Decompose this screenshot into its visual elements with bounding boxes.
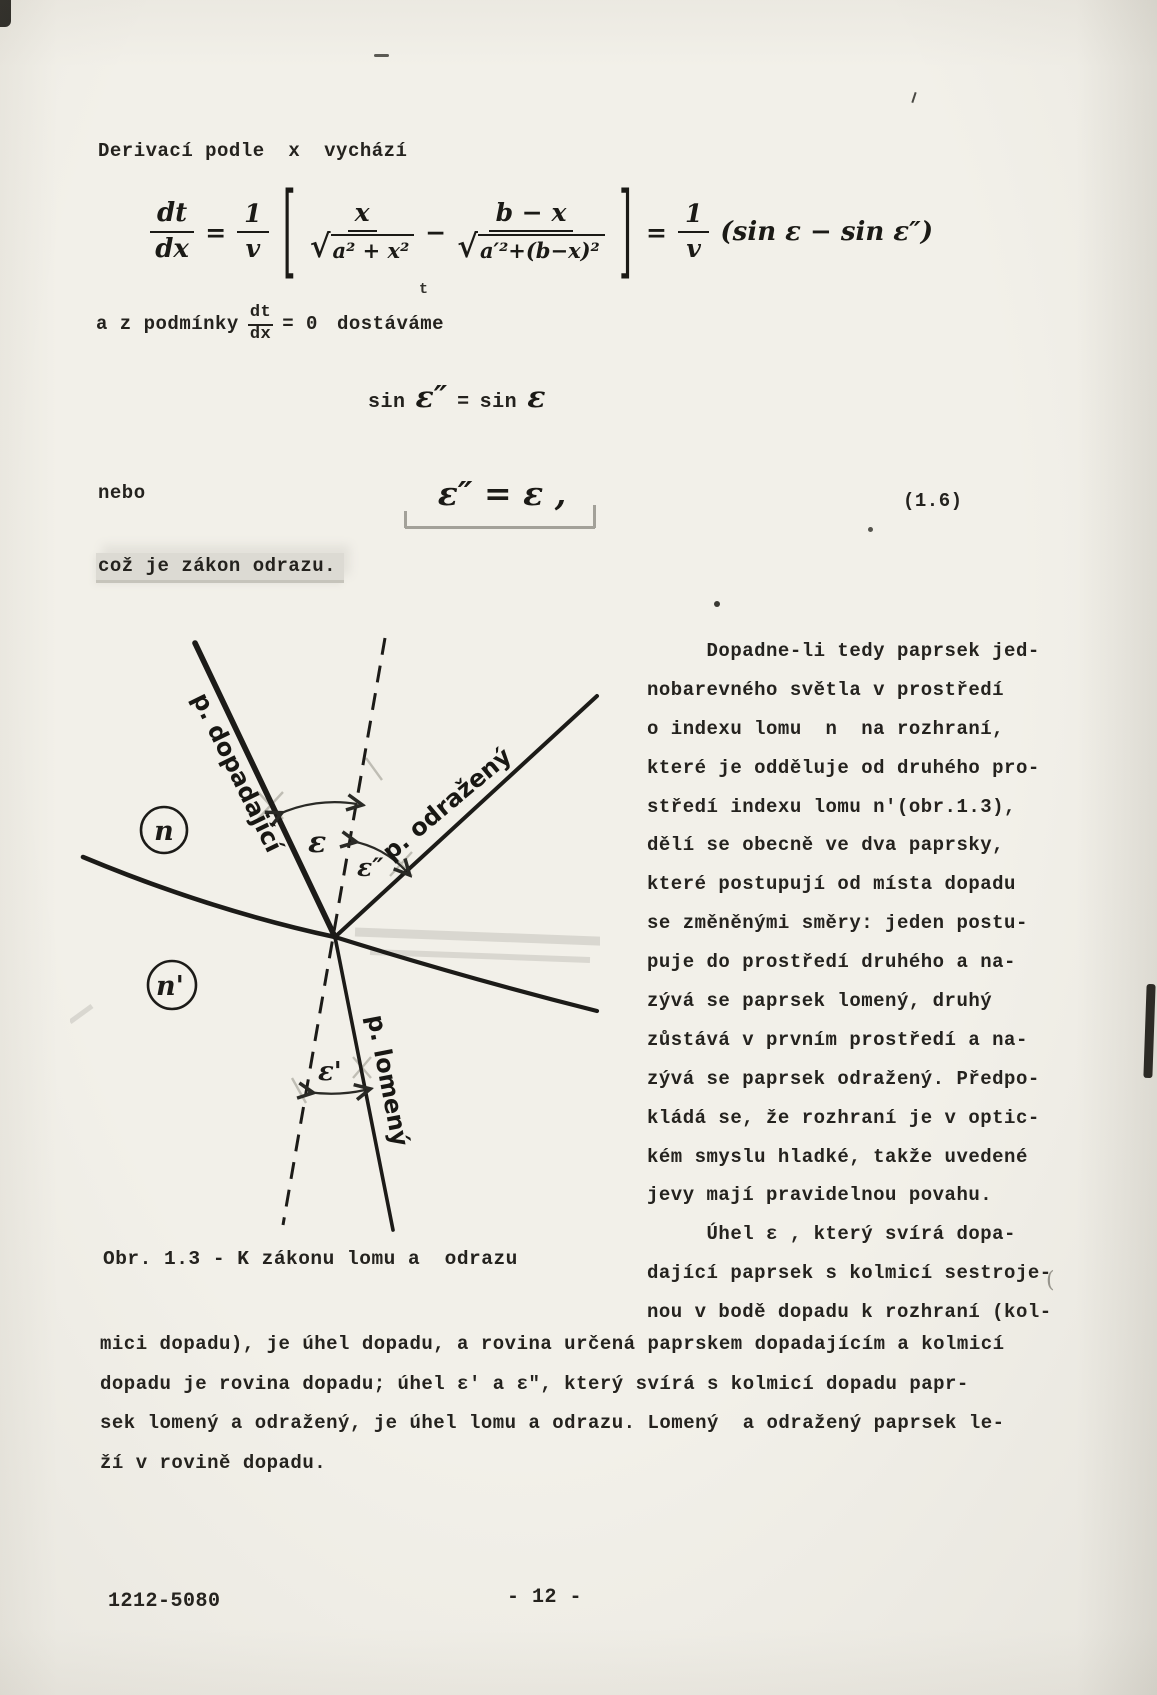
term1-denominator: √ a² + x² xyxy=(310,232,414,266)
eq-v: v xyxy=(686,233,701,264)
scan-artifact-dot xyxy=(868,527,873,532)
text-line: Dopadne-li tedy paprsek jed- xyxy=(647,632,1047,671)
text-line: kládá se, že rozhraní je v optic- xyxy=(647,1099,1047,1138)
scan-artifact-dot xyxy=(714,601,720,607)
scan-artifact-dash xyxy=(374,54,389,57)
interface-line-left xyxy=(83,857,335,937)
cond-dt: dt xyxy=(248,304,273,326)
text-line: které je odděluje od druhého pro- xyxy=(647,749,1047,788)
equals-sign: = xyxy=(205,218,226,247)
eq-dt: dt xyxy=(150,199,194,233)
text-line: kém smyslu hladké, takže uvedené xyxy=(647,1138,1047,1177)
sine-difference-term: (sin ε − sin ε″) xyxy=(720,217,933,247)
reflected-ray xyxy=(335,696,597,937)
equals-sign: = xyxy=(457,391,470,414)
text-line: které postupují od místa dopadu xyxy=(647,865,1047,904)
incident-ray-label: p. dopadající xyxy=(186,688,288,858)
text-line: mici dopadu), je úhel dopadu, a rovina u… xyxy=(100,1325,1080,1365)
angle-refraction-label: ε' xyxy=(318,1057,342,1087)
term2-numerator: b − x xyxy=(489,199,574,232)
text-line: zývá se paprsek odražený. Předpo- xyxy=(647,1060,1047,1099)
equals-sign: = xyxy=(646,218,667,247)
frac-term1: x √ a² + x² xyxy=(310,199,414,265)
condition-suffix: dostáváme xyxy=(337,313,444,335)
condition-line: a z podmínky dt dx = 0 dostáváme xyxy=(96,300,444,348)
refracted-ray-label: p. lomený xyxy=(361,1012,414,1149)
figure-caption: Obr. 1.3 - K zákonu lomu a odrazu xyxy=(103,1248,518,1270)
bottom-paragraph: mici dopadu), je úhel dopadu, a rovina u… xyxy=(100,1325,1080,1483)
text-line: Úhel ε , který svírá dopa- xyxy=(647,1215,1047,1254)
text-line: se změněnými směry: jeden postu- xyxy=(647,904,1047,943)
equation-number: (1.6) xyxy=(903,490,963,512)
close-bracket: ] xyxy=(619,172,632,292)
text-line: puje do prostředí druhého a na- xyxy=(647,943,1047,982)
frac-dt-dx: dt dx xyxy=(150,199,194,265)
text-line: dající paprsek s kolmicí sestroje- xyxy=(647,1254,1047,1293)
frac-dt-dx-small: dt dx xyxy=(248,304,273,344)
angle-arc-refraction xyxy=(308,1090,365,1094)
condition-equals-zero: = 0 xyxy=(282,313,318,335)
intro-line: Derivací podle x vychází xyxy=(98,140,407,162)
text-line: dělí se obecně ve dva paprsky, xyxy=(647,826,1047,865)
interface-line-right xyxy=(335,937,597,1011)
sine-equation: sin ε″ = sin ε xyxy=(368,380,545,415)
text-line: středí indexu lomu n'(obr.1.3), xyxy=(647,788,1047,827)
frac-one-over-v: 1 v xyxy=(678,200,709,264)
scan-artifact-letter: t xyxy=(419,281,428,298)
reflection-law-equation: ε″ = ε , xyxy=(412,474,592,513)
document-code: 1212-5080 xyxy=(108,1590,221,1613)
text-line: ží v rovině dopadu. xyxy=(100,1444,1080,1484)
eq-one: 1 xyxy=(237,200,268,233)
term1-radicand: a² + x² xyxy=(331,234,415,263)
open-bracket: [ xyxy=(283,172,296,292)
radical-sign: √ xyxy=(310,231,331,263)
angle-reflection-label: ε″ xyxy=(357,853,384,882)
term2-denominator: √ a′²+(b−x)² xyxy=(457,232,605,266)
text-line: jevy mají pravidelnou povahu. xyxy=(647,1176,1047,1215)
sin-label: sin xyxy=(480,391,518,414)
epsilon-double-prime: ε″ xyxy=(416,380,448,415)
sin-label: sin xyxy=(368,391,406,414)
figure-1-3-diagram: ε ε″ ε' n n' p. dopadající p. odražený p… xyxy=(70,580,600,1240)
main-equation: dt dx = 1 v [ x √ a² + x² − b − x √ a′²+… xyxy=(150,176,933,288)
angle-incidence-label: ε xyxy=(308,825,326,860)
medium1-label: n xyxy=(154,816,174,847)
text-line: o indexu lomu n na rozhraní, xyxy=(647,710,1047,749)
scan-artifact-corner xyxy=(0,0,11,27)
text-line: sek lomený a odražený, je úhel lomu a od… xyxy=(100,1404,1080,1444)
scan-artifact-tick xyxy=(911,92,916,103)
text-line: zůstává v prvním prostředí a na- xyxy=(647,1021,1047,1060)
scanned-document-page: Derivací podle x vychází dt dx = 1 v [ x… xyxy=(0,0,1157,1695)
radical-sign: √ xyxy=(457,231,478,263)
law-of-reflection-line: což je zákon odrazu. xyxy=(96,553,344,583)
cond-dx: dx xyxy=(250,326,271,345)
text-line: nobarevného světla v prostředí xyxy=(647,671,1047,710)
text-line: zývá se paprsek lomený, druhý xyxy=(647,982,1047,1021)
text-line: dopadu je rovina dopadu; úhel ε′ a ε″, k… xyxy=(100,1365,1080,1405)
eq-dx: dx xyxy=(155,233,189,265)
minus-sign: − xyxy=(425,218,446,247)
eq-one: 1 xyxy=(678,200,709,233)
term2-radicand: a′²+(b−x)² xyxy=(478,234,605,263)
condition-prefix: a z podmínky xyxy=(96,313,239,335)
eq-v: v xyxy=(246,233,261,264)
incident-ray xyxy=(195,643,335,937)
right-text-column: Dopadne-li tedy paprsek jed- nobarevného… xyxy=(647,632,1047,1332)
nebo-line: nebo xyxy=(98,482,146,504)
frac-term2: b − x √ a′²+(b−x)² xyxy=(457,199,605,265)
scan-artifact-edge-line xyxy=(1143,984,1155,1078)
scan-artifact-paren: ( xyxy=(1046,1268,1055,1293)
epsilon: ε xyxy=(527,380,545,415)
reflected-ray-label: p. odražený xyxy=(377,742,517,866)
page-number: - 12 - xyxy=(507,1586,582,1609)
term1-numerator: x xyxy=(348,199,377,232)
frac-one-over-v: 1 v xyxy=(237,200,268,264)
angle-arc-incidence xyxy=(277,802,357,815)
medium2-label: n' xyxy=(156,971,184,1002)
